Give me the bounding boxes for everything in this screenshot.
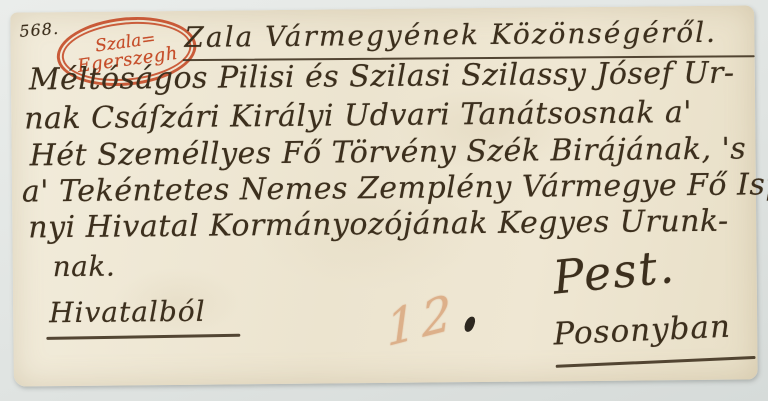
heading-line: Zala Vármegyének Közönségéről. bbox=[184, 16, 717, 54]
origin-underline bbox=[46, 334, 240, 340]
rate-mark: 12 bbox=[385, 283, 458, 359]
destination: Posonyban bbox=[553, 309, 732, 353]
address-line: a' Tekéntetes Nemes Zemplény Vármegye Fő… bbox=[22, 167, 768, 210]
address-line: Méltóságos Pilisi és Szilasi Szilassy Jó… bbox=[29, 56, 735, 98]
address-line: nyi Hivatal Kormányozójának Kegyes Urunk… bbox=[28, 204, 729, 246]
transit-mark: Pest. bbox=[550, 239, 677, 305]
origin-note: Hivatalból bbox=[49, 295, 206, 330]
destination-underline bbox=[556, 356, 756, 367]
letter-photo: 568. Szala= Egerszegh Zala Vármegyének K… bbox=[0, 0, 768, 401]
address-line: Hét Személlyes Fő Törvény Szék Birájának… bbox=[29, 132, 746, 174]
letter-paper: 568. Szala= Egerszegh Zala Vármegyének K… bbox=[10, 5, 758, 386]
address-line: nak Csáſzári Királyi Udvari Tanátsosnak … bbox=[24, 95, 692, 136]
ink-blot bbox=[463, 315, 476, 333]
address-line: nak. bbox=[53, 250, 116, 284]
